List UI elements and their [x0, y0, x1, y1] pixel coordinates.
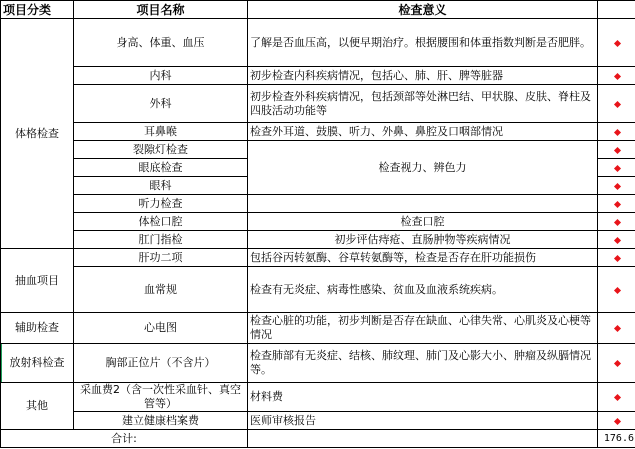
total-empty[interactable]: [248, 430, 598, 448]
table-row: 外科 初步检查外科疾病情况，包括颈部等处淋巴结、甲状腺、皮肤、脊柱及四肢活动功能…: [1, 85, 635, 123]
mark-cell[interactable]: [598, 67, 635, 85]
red-diamond-icon: [613, 146, 620, 153]
table-row: 放射科检查 胸部正位片（不含片） 检查肺部有无炎症、结核、肺纹理、肺门及心影大小…: [1, 344, 635, 383]
item-name[interactable]: 眼科: [74, 177, 248, 195]
item-meaning[interactable]: 初步评估痔疮、直肠肿物等疾病情况: [248, 231, 598, 249]
item-meaning[interactable]: 检查视力、辨色力: [248, 141, 598, 195]
header-category: 项目分类: [1, 1, 74, 19]
item-name[interactable]: 胸部正位片（不含片）: [74, 344, 248, 383]
item-name[interactable]: 裂隙灯检查: [74, 141, 248, 159]
item-name[interactable]: 肝功二项: [74, 249, 248, 267]
table-row: 血常规 检查有无炎症、病毒性感染、贫血及血液系统疾病。: [1, 267, 635, 313]
item-meaning[interactable]: 检查有无炎症、病毒性感染、贫血及血液系统疾病。: [248, 267, 598, 313]
total-row: 合计: 176.6: [1, 430, 635, 448]
group-physical[interactable]: 体格检查: [1, 19, 74, 249]
total-value[interactable]: 176.6: [598, 430, 635, 448]
mark-cell[interactable]: [598, 412, 635, 430]
red-diamond-icon: [613, 325, 620, 332]
table-row: 肛门指检 初步评估痔疮、直肠肿物等疾病情况: [1, 231, 635, 249]
red-diamond-icon: [613, 286, 620, 293]
red-diamond-icon: [613, 218, 620, 225]
red-diamond-icon: [613, 100, 620, 107]
mark-cell[interactable]: [598, 344, 635, 383]
item-name[interactable]: 体检口腔: [74, 213, 248, 231]
item-meaning[interactable]: 了解是否血压高，以便早期治疗。根据腰围和体重指数判断是否肥胖。: [248, 19, 598, 67]
red-diamond-icon: [613, 164, 620, 171]
mark-cell[interactable]: [598, 231, 635, 249]
mark-cell[interactable]: [598, 213, 635, 231]
item-name[interactable]: 建立健康档案费: [74, 412, 248, 430]
item-meaning[interactable]: 初步检查内科疾病情况，包括心、肺、肝、脾等脏器: [248, 67, 598, 85]
item-name[interactable]: 心电图: [74, 313, 248, 344]
mark-cell[interactable]: [598, 141, 635, 159]
item-meaning[interactable]: 检查外耳道、鼓膜、听力、外鼻、鼻腔及口咽部情况: [248, 123, 598, 141]
red-diamond-icon: [613, 72, 620, 79]
item-name[interactable]: 眼底检查: [74, 159, 248, 177]
item-meaning[interactable]: 初步检查外科疾病情况，包括颈部等处淋巴结、甲状腺、皮肤、脊柱及四肢活动功能等: [248, 85, 598, 123]
table-row: 体检口腔 检查口腔: [1, 213, 635, 231]
mark-cell[interactable]: [598, 19, 635, 67]
red-diamond-icon: [613, 182, 620, 189]
item-name[interactable]: 听力检查: [74, 195, 248, 213]
red-diamond-icon: [613, 394, 620, 401]
table-row: 建立健康档案费 医师审核报告: [1, 412, 635, 430]
mark-cell[interactable]: [598, 267, 635, 313]
total-label[interactable]: 合计:: [1, 430, 248, 448]
item-name[interactable]: 内科: [74, 67, 248, 85]
mark-cell[interactable]: [598, 249, 635, 267]
item-meaning[interactable]: [248, 195, 598, 213]
header-name: 项目名称: [74, 1, 248, 19]
group-aux[interactable]: 辅助检查: [1, 313, 74, 344]
mark-cell[interactable]: [598, 85, 635, 123]
mark-cell[interactable]: [598, 123, 635, 141]
red-diamond-icon: [613, 254, 620, 261]
item-name[interactable]: 耳鼻喉: [74, 123, 248, 141]
item-name[interactable]: 肛门指检: [74, 231, 248, 249]
table-row: 裂隙灯检查 检查视力、辨色力: [1, 141, 635, 159]
table-row: 体格检查 身高、体重、血压 了解是否血压高，以便早期治疗。根据腰围和体重指数判断…: [1, 19, 635, 67]
group-other[interactable]: 其他: [1, 383, 74, 430]
item-meaning[interactable]: 检查心脏的功能，初步判断是否存在缺血、心律失常、心肌炎及心梗等情况: [248, 313, 598, 344]
item-name[interactable]: 身高、体重、血压: [74, 19, 248, 67]
table-row: 内科 初步检查内科疾病情况，包括心、肺、肝、脾等脏器: [1, 67, 635, 85]
item-meaning[interactable]: 包括谷丙转氨酶、谷草转氨酶等，检查是否存在肝功能损伤: [248, 249, 598, 267]
mark-cell[interactable]: [598, 177, 635, 195]
red-diamond-icon: [613, 39, 620, 46]
group-radiology[interactable]: 放射科检查: [1, 344, 74, 383]
item-meaning[interactable]: 材料费: [248, 383, 598, 412]
red-diamond-icon: [613, 360, 620, 367]
item-name[interactable]: 采血费2（含一次性采血针、真空管等）: [74, 383, 248, 412]
group-blood[interactable]: 抽血项目: [1, 249, 74, 313]
exam-items-table: 项目分类 项目名称 检查意义 体格检查 身高、体重、血压 了解是否血压高，以便早…: [0, 0, 635, 448]
red-diamond-icon: [613, 128, 620, 135]
item-meaning[interactable]: 检查肺部有无炎症、结核、肺纹理、肺门及心影大小、肿瘤及纵膈情况等。: [248, 344, 598, 383]
mark-cell[interactable]: [598, 313, 635, 344]
header-mark: [598, 1, 635, 19]
item-name[interactable]: 血常规: [74, 267, 248, 313]
mark-cell[interactable]: [598, 383, 635, 412]
red-diamond-icon: [613, 236, 620, 243]
mark-cell[interactable]: [598, 159, 635, 177]
header-row: 项目分类 项目名称 检查意义: [1, 1, 635, 19]
red-diamond-icon: [613, 417, 620, 424]
table-row: 耳鼻喉 检查外耳道、鼓膜、听力、外鼻、鼻腔及口咽部情况: [1, 123, 635, 141]
header-meaning: 检查意义: [248, 1, 598, 19]
table-row: 其他 采血费2（含一次性采血针、真空管等） 材料费: [1, 383, 635, 412]
table-row: 辅助检查 心电图 检查心脏的功能，初步判断是否存在缺血、心律失常、心肌炎及心梗等…: [1, 313, 635, 344]
table-row: 抽血项目 肝功二项 包括谷丙转氨酶、谷草转氨酶等，检查是否存在肝功能损伤: [1, 249, 635, 267]
item-name[interactable]: 外科: [74, 85, 248, 123]
item-meaning[interactable]: 医师审核报告: [248, 412, 598, 430]
mark-cell[interactable]: [598, 195, 635, 213]
item-meaning[interactable]: 检查口腔: [248, 213, 598, 231]
table-row: 听力检查: [1, 195, 635, 213]
red-diamond-icon: [613, 200, 620, 207]
